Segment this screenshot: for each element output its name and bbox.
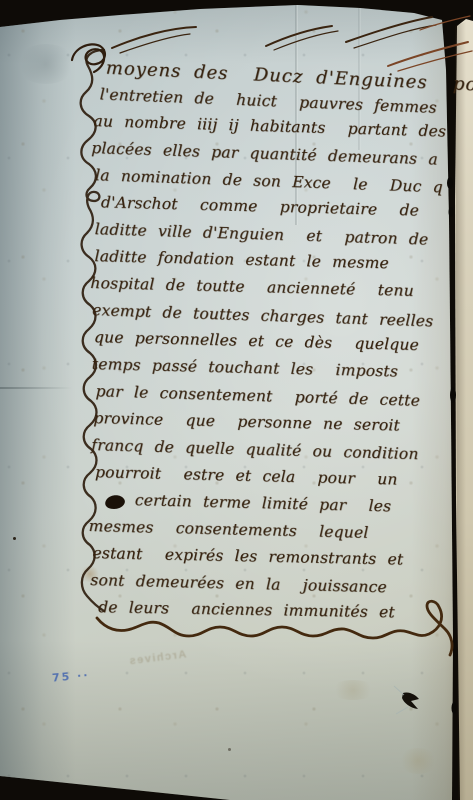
paper-speck [228,748,231,751]
manuscript-photo: moyens des Ducz d'Enguines pourl'entreti… [0,0,473,800]
manuscript-text: moyens des Ducz d'Enguines pourl'entreti… [88,54,448,623]
paper-speck [13,537,16,540]
